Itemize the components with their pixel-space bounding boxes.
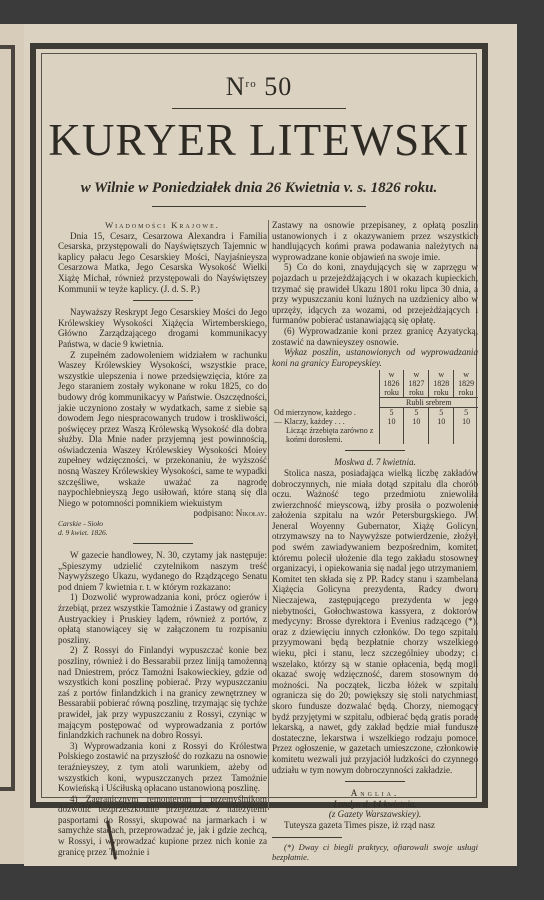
paragraph: 3) Wyprowadzania koni z Rossyi do Króles… [58,741,267,794]
paragraph: Stolica nasza, posiadająca wielką liczbę… [272,468,478,775]
signature-line: podpisano: Nikołay. [58,508,267,519]
place-date: d. 9 kwiet. 1826. [58,528,267,537]
signature-label: podpisano: [194,508,234,518]
issue-prefix: N [226,72,246,101]
footnote: (*) Dway ci biegli praktycy, ofiarowali … [272,842,478,862]
adjacent-page-frame [0,45,15,791]
table-caption: Wykaz poszlin, ustanowionych od wyprowad… [272,347,478,368]
section-heading-domestic: Wiadomości Krajowe. [58,220,267,231]
table-note: Licząc źrzebięta zarówno z końmi dorosłe… [272,426,379,444]
year-col-1828: w1828roku [429,370,454,398]
left-column: Wiadomości Krajowe. Dnia 15, Cesarz, Ces… [58,220,267,857]
separator [345,781,405,782]
table-row: — Klaczy, każdey . . . 10 10 10 10 [272,417,478,426]
dateline: w Wilnie w Poniedziałek dnia 26 Kwietnia… [42,180,476,197]
adjacent-page-edge [0,24,25,864]
table-row: Od mierzynow, każdego . 5 5 5 5 [272,408,478,418]
place-line: Carskie - Sioło [58,519,267,528]
paragraph: 2) Z Rossyi do Finlandyi wypuszczać koni… [58,645,267,740]
paragraph: Dnia 15, Cesarz, Cesarzowa Alexandra i F… [58,231,267,295]
newspaper-title: KURYER LITEWSKI [42,114,476,166]
issue-value: 50 [264,72,292,101]
separator [345,450,405,451]
paragraph: Zastawy na osnowie przepisaney, z opłatą… [272,220,478,262]
paragraph: Z zupełném zadowoleniem widziałem w rach… [58,350,267,509]
issue-number: Nro 50 [42,72,476,102]
masthead-rule-top [172,108,346,109]
paragraph: (6) Wyprowadzanie koni przez granicę Azy… [272,326,478,347]
page-border: Nro 50 KURYER LITEWSKI w Wilnie w Ponied… [30,43,488,808]
paragraph: 1) Dozwolić wyprowadzania koni, prócz og… [58,592,267,645]
year-col-1826: w1826roku [379,370,404,398]
london-dateline: Londyn d. 14 kwietnia. [272,799,478,810]
moscow-dateline: Moskwa d. 7 kwietnia. [272,457,478,468]
newspaper-page: Nro 50 KURYER LITEWSKI w Wilnie w Ponied… [24,24,517,866]
year-col-1829: w1829roku [454,370,478,398]
separator [133,300,193,301]
paragraph: W gazecie handlowey, N. 30, czytamy jak … [58,550,267,592]
separator [133,543,193,544]
source-line: (z Gazety Warszawskiey). [272,809,478,820]
right-column: Zastawy na osnowie przepisaney, z opłatą… [272,220,478,862]
paragraph: Tuteysza gazeta Times pisze, iż rząd nas… [272,820,478,831]
masthead-rule-bottom [152,206,366,207]
anglia-heading: Anglia. [272,788,478,799]
paragraph: Nayważszy Reskrypt Jego Cesarskiey Mości… [58,307,267,349]
page-inner-border: Nro 50 KURYER LITEWSKI w Wilnie w Ponied… [41,53,477,798]
unit-label: Rubli srebrem [379,398,478,408]
paragraph: 4) Zagranicznym remonterom i przemyślnik… [58,794,267,858]
signature-name: Nikołay. [236,508,267,518]
tariff-table: w1826roku w1827roku w1828roku w1829roku … [272,370,478,444]
paragraph: 5) Co do koni, znaydujących się w zaprzę… [272,262,478,326]
issue-prefix-sup: ro [246,78,257,90]
footnote-rule [272,837,342,838]
year-col-1827: w1827roku [404,370,429,398]
column-divider [268,220,269,810]
